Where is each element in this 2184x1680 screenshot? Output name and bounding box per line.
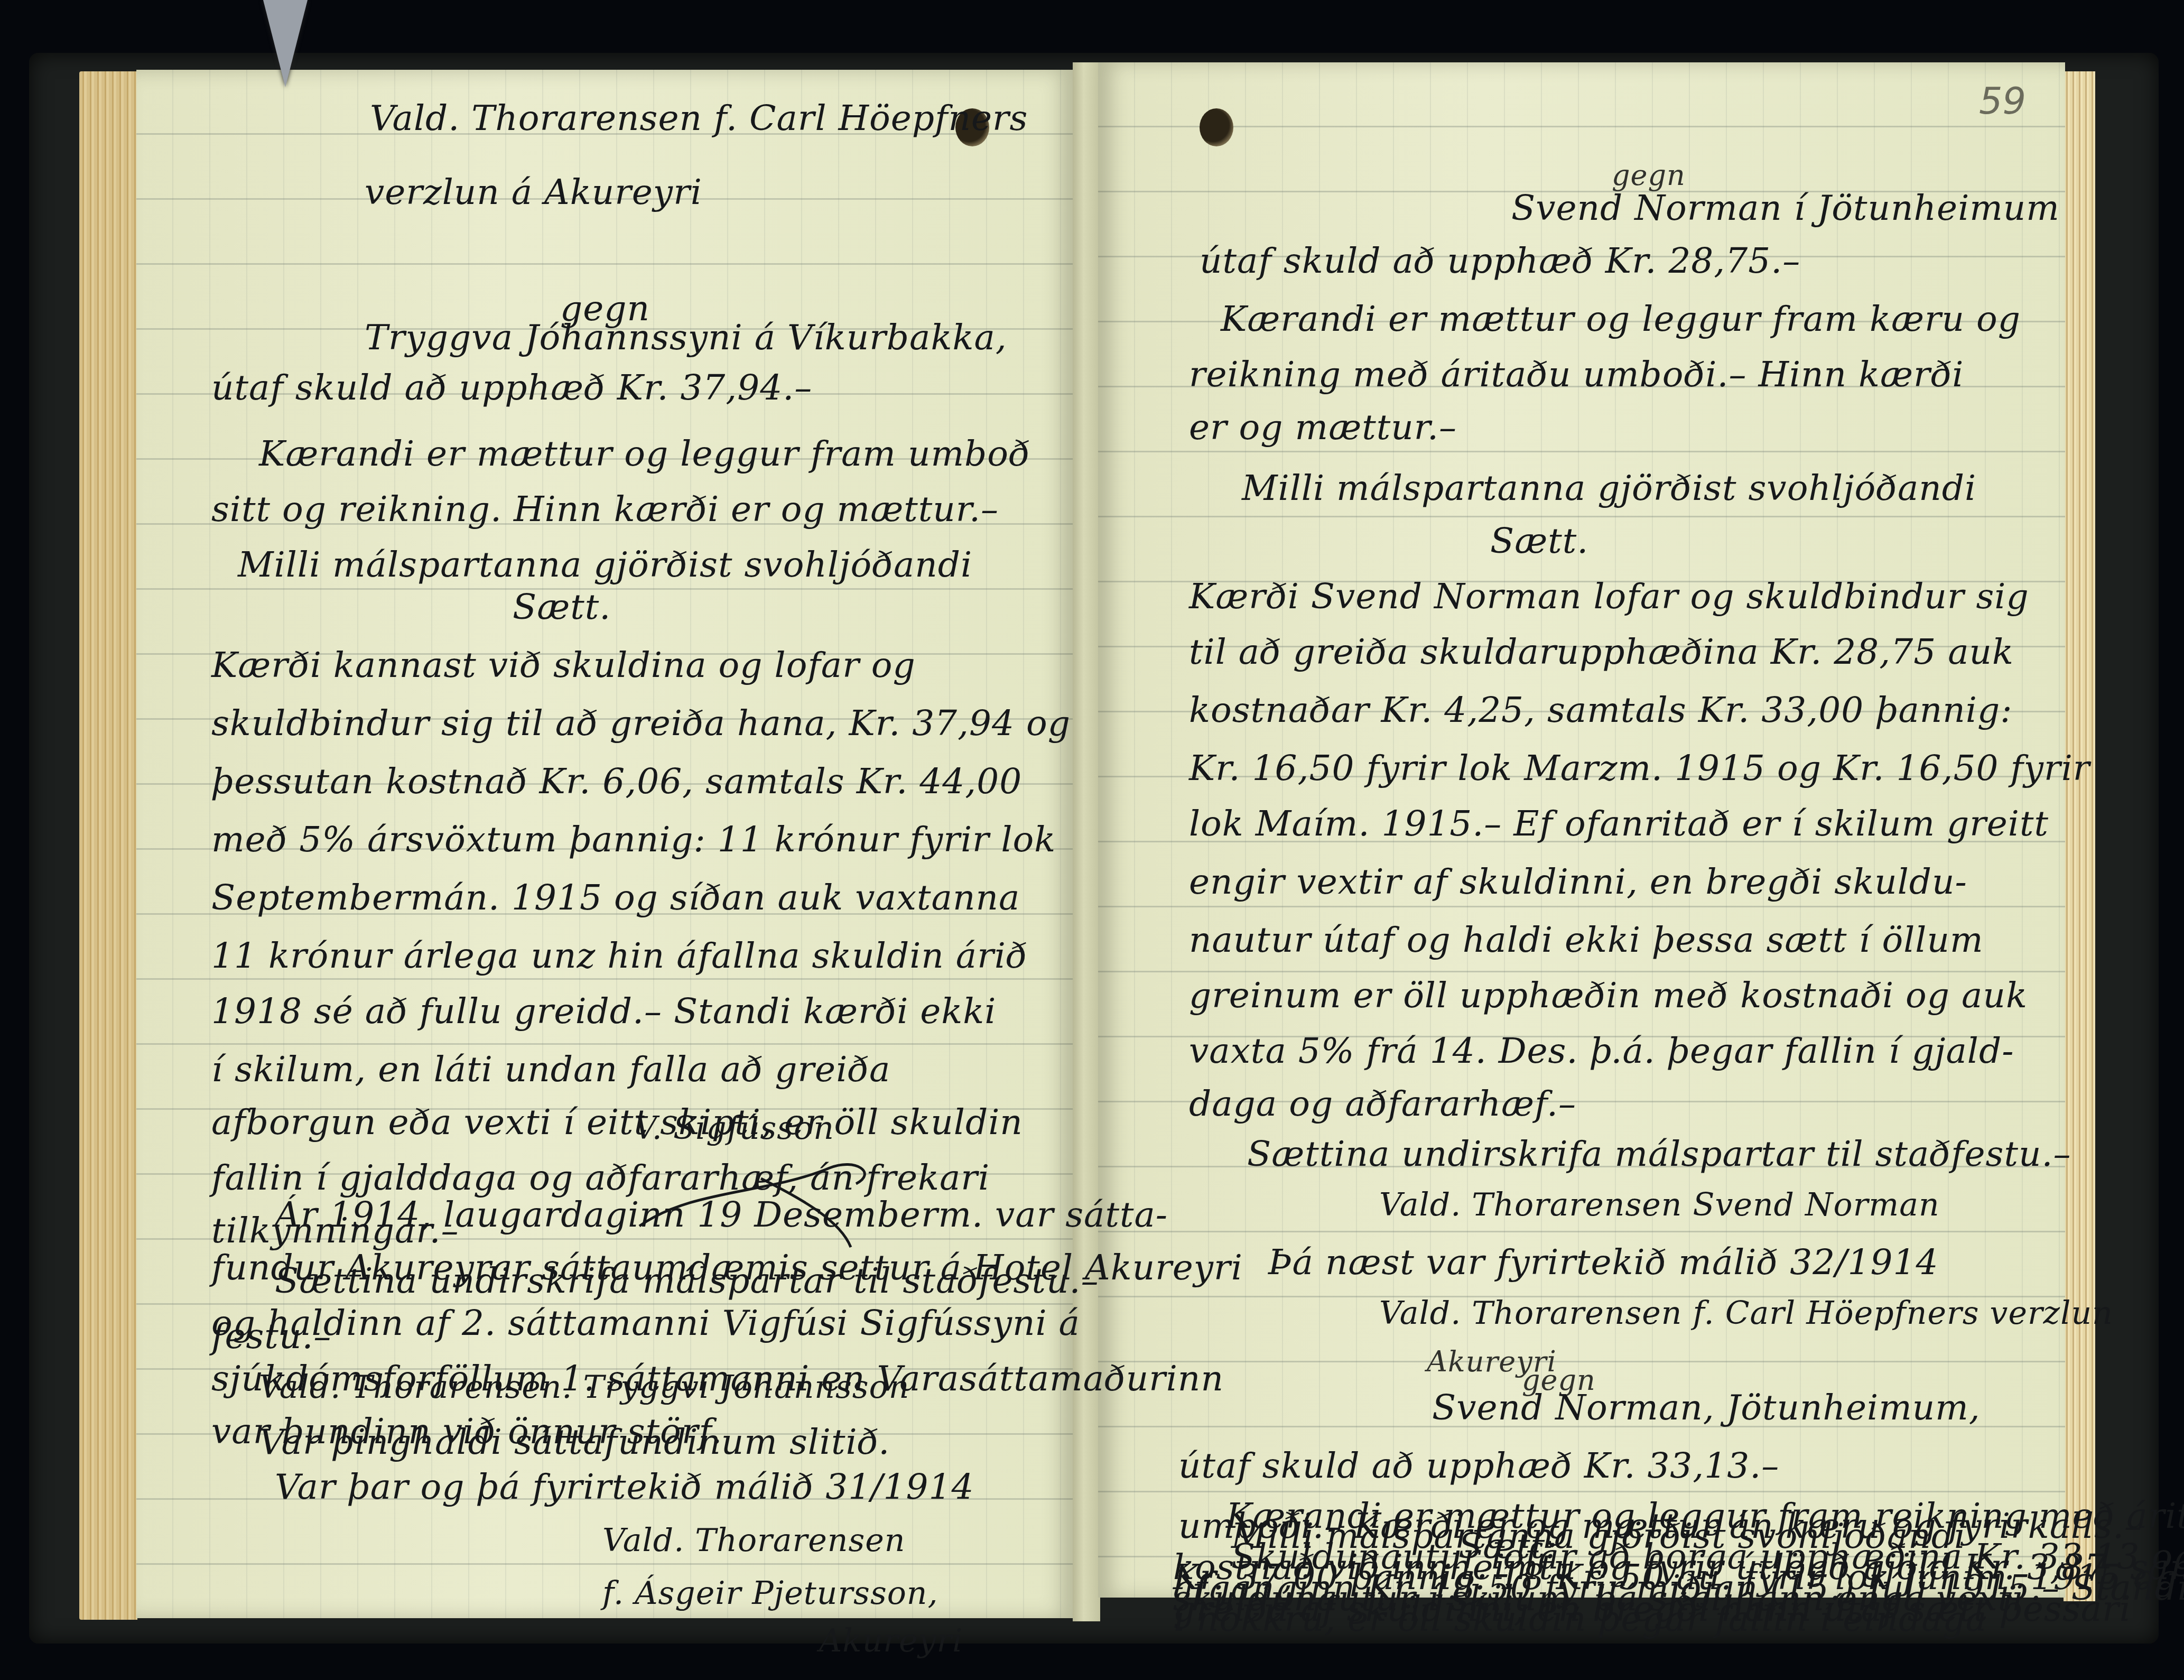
left-page-edges (79, 71, 137, 1620)
handwritten-line: í skilum, en láti undan falla að greiða (211, 1049, 890, 1090)
handwritten-line: útaf skuld að upphæð Kr. 37,94.– (211, 367, 812, 408)
handwritten-line: Var þar og þá fyrirtekið málið 31/1914 (275, 1466, 974, 1507)
handwritten-line: sitt og reikning. Hinn kærði er og mættu… (211, 489, 999, 530)
handwritten-line: Tryggva Jóhannssyni á Víkurbakka, (365, 317, 1007, 358)
handwritten-line: með 5% ársvöxtum þannig: 11 krónur fyrir… (211, 819, 1056, 860)
handwritten-line: lok Maím. 1915.– Ef ofanritað er í skilu… (1189, 803, 2049, 844)
handwritten-line: Sætt. (1490, 521, 1588, 561)
punch-hole-right (1200, 108, 1233, 146)
handwritten-line: útaf skuld að upphæð Kr. 33,13.– (1178, 1445, 1779, 1486)
handwritten-line: Vald. Thorarensen (602, 1522, 905, 1559)
handwritten-line: verzlun á Akureyri (365, 172, 702, 212)
handwritten-line: Kærandi er mættur og leggur fram umboð (259, 433, 1030, 474)
handwritten-line: er og mættur.– (1189, 407, 1457, 448)
handwritten-line: 11 krónur árlega unz hin áfallna skuldin… (211, 935, 1028, 976)
handwritten-line: Milli málspartanna gjörðist svohljóðandi (1242, 468, 1976, 508)
handwritten-line: Vald. Thorarensen f. Carl Höepfners verz… (1379, 1295, 2113, 1332)
handwritten-line: þessutan kostnað Kr. 6,06, samtals Kr. 4… (211, 761, 1022, 802)
handwritten-line: Kærandi er mættur og leggur fram kæru og (1221, 299, 2021, 339)
handwritten-line: Milli málspartanna gjörðist svohljóðandi (238, 544, 972, 585)
signature-flourish-icon (629, 1136, 904, 1252)
handwritten-line: Sætt. (513, 587, 611, 627)
handwritten-line: sjúkdómsforföllum 1. sáttamanni en Varas… (211, 1358, 1224, 1399)
handwritten-line: skuldbindur sig til að greiða hana, Kr. … (211, 703, 1071, 744)
handwritten-line: Sættina undirskrifa málspartar til staðf… (1247, 1134, 2071, 1174)
handwritten-line: nautur útaf og haldi ekki þessa sætt í ö… (1189, 920, 1984, 960)
handwritten-line: útaf skuld að upphæð Kr. 28,75.– (1200, 240, 1800, 281)
handwritten-line: Kærði Svend Norman lofar og skuldbindur … (1189, 576, 2029, 617)
handwritten-line: 1918 sé að fullu greidd.– Standi kærði e… (211, 991, 996, 1032)
handwritten-line: Vald. Thorarensen f. Carl Höepfners (370, 98, 1028, 138)
handwritten-line: var bundinn við önnur störf. (211, 1411, 722, 1452)
handwritten-line: greinum er öll upphæðin með kostnaði og … (1189, 975, 2028, 1016)
handwritten-line: Kr. 16,50 fyrir lok Marzm. 1915 og Kr. 1… (1189, 748, 2090, 788)
page-number: 59 (1979, 79, 2026, 123)
handwritten-line: Þá næst var fyrirtekið málið 32/1914 (1268, 1242, 1938, 1283)
handwritten-line: Vald. Thorarensen Svend Norman (1379, 1186, 1940, 1223)
handwritten-line: Septembermán. 1915 og síðan auk vaxtanna (211, 877, 1020, 918)
handwritten-line: Svend Norman, Jötunheimum, (1432, 1387, 1981, 1428)
knife-icon (263, 0, 308, 87)
right-page-edges (2064, 71, 2095, 1601)
handwritten-line: og haldinn af 2. sáttamanni Vigfúsi Sigf… (211, 1303, 1080, 1343)
handwritten-line: reikning með áritaðu umboði.– Hinn kærði (1189, 354, 1964, 395)
handwritten-line: fundur Akureyrar sáttaumdæmis settur á H… (211, 1247, 1243, 1288)
handwritten-line: í nokkru, er öll skuldin þegar fallin í … (1173, 1599, 1987, 1639)
handwritten-line: til að greiða skuldarupphæðina Kr. 28,75… (1189, 632, 2014, 672)
handwritten-line: f. Ásgeir Pjetursson, (602, 1575, 938, 1612)
handwritten-line: engir vextir af skuldinni, en bregði sku… (1189, 861, 1967, 902)
handwritten-line: Kærði kannast við skuldina og lofar og (211, 645, 916, 685)
handwritten-line: kostnaðar Kr. 4,25, samtals Kr. 33,00 þa… (1189, 690, 2012, 730)
handwritten-line: daga og aðfararhæf.– (1189, 1083, 1576, 1124)
handwritten-line: Akureyri (819, 1622, 963, 1659)
handwritten-line: gegn (1612, 159, 1686, 192)
handwritten-line: vaxta 5% frá 14. Des. þ.á. þegar fallin … (1189, 1031, 2014, 1071)
handwritten-line: Svend Norman í Jötunheimum (1511, 188, 2060, 228)
